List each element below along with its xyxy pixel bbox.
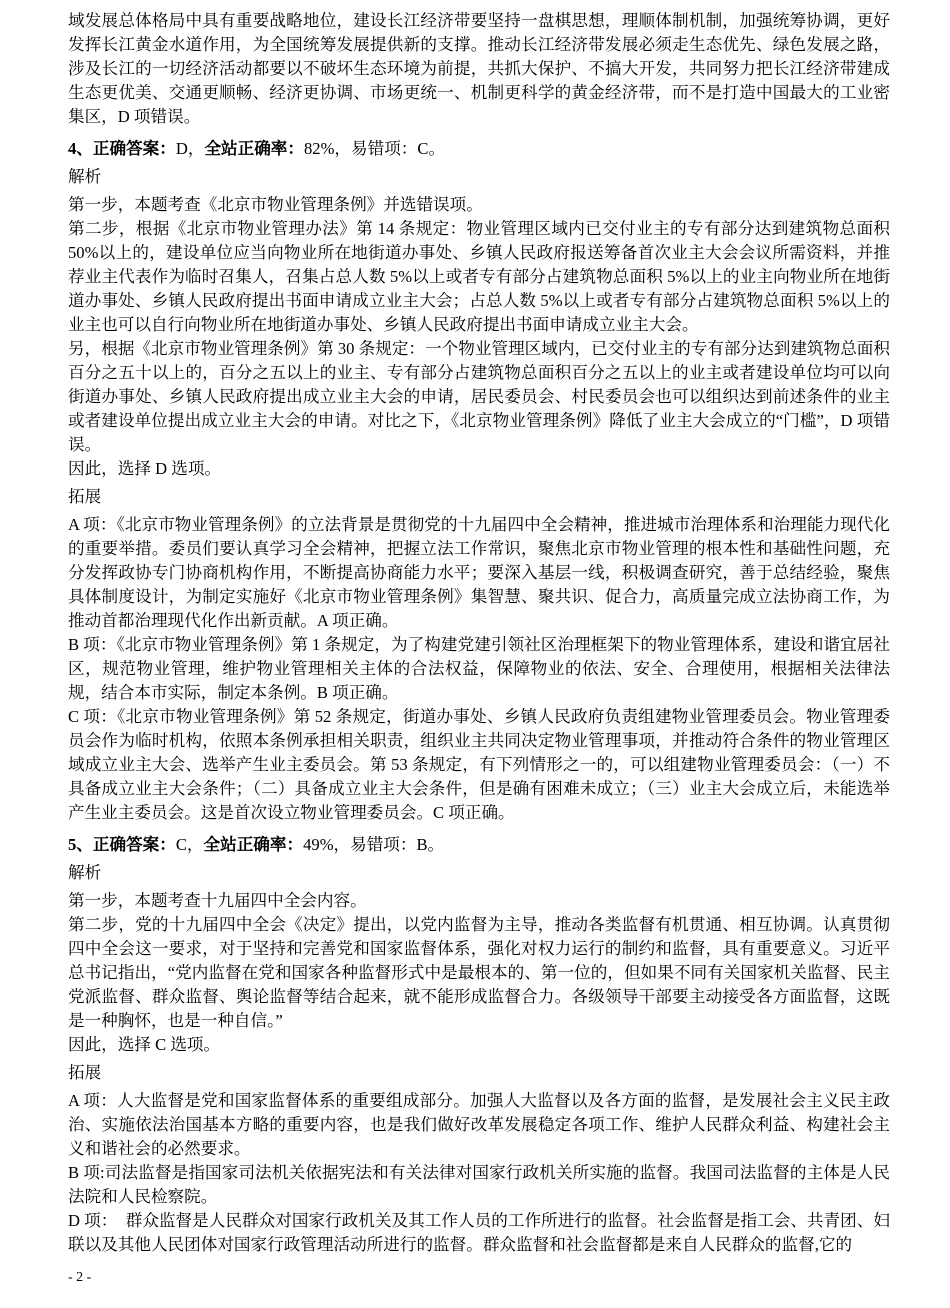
q4-expansion-label: 拓展 [68,485,890,509]
q4-expansion-option-b: B 项：《北京市物业管理条例》第 1 条规定，为了构建党建引领社区治理框架下的物… [68,633,890,705]
q5-answer-label: 5、正确答案： [68,835,176,854]
q4-analysis-step1: 第一步，本题考查《北京市物业管理条例》并选错误项。 [68,193,890,217]
document-page: 域发展总体格局中具有重要战略地位，建设长江经济带要坚持一盘棋思想，理顺体制机制，… [0,0,950,1308]
continued-paragraph: 域发展总体格局中具有重要战略地位，建设长江经济带要坚持一盘棋思想，理顺体制机制，… [68,9,890,129]
q5-expansion-option-a: A 项：人大监督是党和国家监督体系的重要组成部分。加强人大监督以及各方面的监督，… [68,1089,890,1161]
q5-answer-value: C， [176,835,204,854]
q4-analysis-label: 解析 [68,165,890,189]
q5-analysis-label: 解析 [68,861,890,885]
q5-answer-heading: 5、正确答案：C，全站正确率：49%，易错项：B。 [68,833,890,857]
q4-analysis-note: 另，根据《北京市物业管理条例》第 30 条规定：一个物业管理区域内，已交付业主的… [68,337,890,457]
q4-expansion-option-c: C 项：《北京市物业管理条例》第 52 条规定，街道办事处、乡镇人民政府负责组建… [68,705,890,825]
q4-analysis-conclusion: 因此，选择 D 选项。 [68,457,890,481]
q5-accuracy-value: 49%，易错项：B。 [303,835,444,854]
q5-analysis-conclusion: 因此，选择 C 选项。 [68,1033,890,1057]
q4-analysis-step2: 第二步，根据《北京市物业管理办法》第 14 条规定：物业管理区域内已交付业主的专… [68,217,890,337]
q4-answer-value: D， [176,139,205,158]
q5-analysis-step2: 第二步，党的十九届四中全会《决定》提出，以党内监督为主导，推动各类监督有机贯通、… [68,913,890,1033]
q4-answer-heading: 4、正确答案：D，全站正确率：82%，易错项：C。 [68,137,890,161]
q4-expansion-option-a: A 项：《北京市物业管理条例》的立法背景是贯彻党的十九届四中全会精神，推进城市治… [68,513,890,633]
q4-accuracy-label: 全站正确率： [204,139,304,158]
q5-analysis-step1: 第一步，本题考查十九届四中全会内容。 [68,889,890,913]
q5-expansion-option-b: B 项:司法监督是指国家司法机关依据宪法和有关法律对国家行政机关所实施的监督。我… [68,1161,890,1209]
q5-expansion-label: 拓展 [68,1061,890,1085]
page-number: - 2 - [68,1268,91,1288]
q5-expansion-option-d: D 项： 群众监督是人民群众对国家行政机关及其工作人员的工作所进行的监督。社会监… [68,1209,890,1257]
q4-answer-label: 4、正确答案： [68,139,176,158]
q5-accuracy-label: 全站正确率： [204,835,304,854]
q4-accuracy-value: 82%，易错项：C。 [304,139,445,158]
